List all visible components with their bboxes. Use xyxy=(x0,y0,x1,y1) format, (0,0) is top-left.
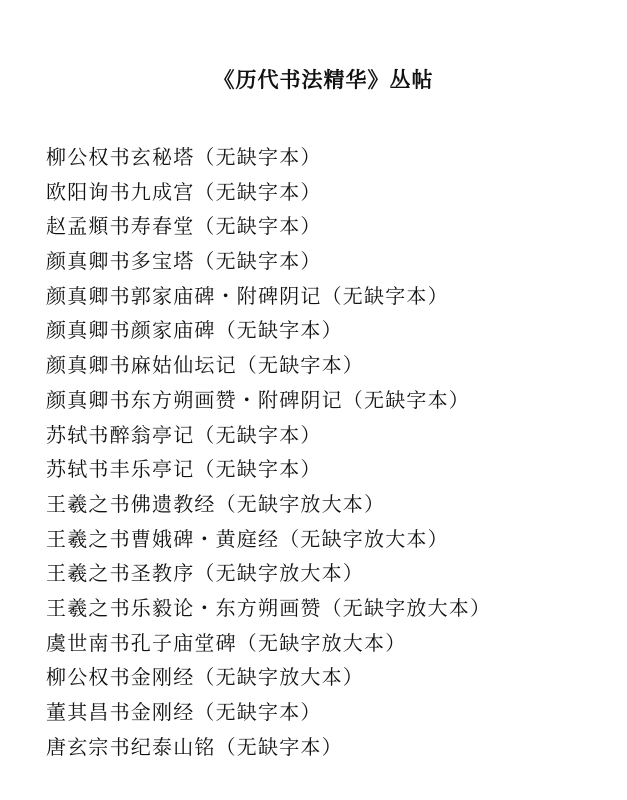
list-item: 柳公权书玄秘塔（无缺字本） xyxy=(46,140,491,175)
list-item: 颜真卿书郭家庙碑・附碑阴记（无缺字本） xyxy=(46,279,491,314)
list-item: 虞世南书孔子庙堂碑（无缺字放大本） xyxy=(46,626,491,661)
title-list: 柳公权书玄秘塔（无缺字本） 欧阳询书九成宫（无缺字本） 赵孟頫书寿春堂（无缺字本… xyxy=(46,140,491,764)
list-item: 王羲之书曹娥碑・黄庭经（无缺字放大本） xyxy=(46,522,491,557)
list-item: 苏轼书丰乐亭记（无缺字本） xyxy=(46,452,491,487)
list-item: 董其昌书金刚经（无缺字本） xyxy=(46,695,491,730)
list-item: 王羲之书圣教序（无缺字放大本） xyxy=(46,556,491,591)
page-title: 《历代书法精华》丛帖 xyxy=(0,64,627,94)
list-item: 颜真卿书多宝塔（无缺字本） xyxy=(46,244,491,279)
list-item: 赵孟頫书寿春堂（无缺字本） xyxy=(46,209,491,244)
list-item: 唐玄宗书纪泰山铭（无缺字本） xyxy=(46,730,491,765)
list-item: 颜真卿书东方朔画赞・附碑阴记（无缺字本） xyxy=(46,383,491,418)
list-item: 柳公权书金刚经（无缺字放大本） xyxy=(46,660,491,695)
list-item: 王羲之书乐毅论・东方朔画赞（无缺字放大本） xyxy=(46,591,491,626)
list-item: 苏轼书醉翁亭记（无缺字本） xyxy=(46,418,491,453)
list-item: 王羲之书佛遗教经（无缺字放大本） xyxy=(46,487,491,522)
list-item: 颜真卿书麻姑仙坛记（无缺字本） xyxy=(46,348,491,383)
list-item: 颜真卿书颜家庙碑（无缺字本） xyxy=(46,313,491,348)
list-item: 欧阳询书九成宫（无缺字本） xyxy=(46,175,491,210)
